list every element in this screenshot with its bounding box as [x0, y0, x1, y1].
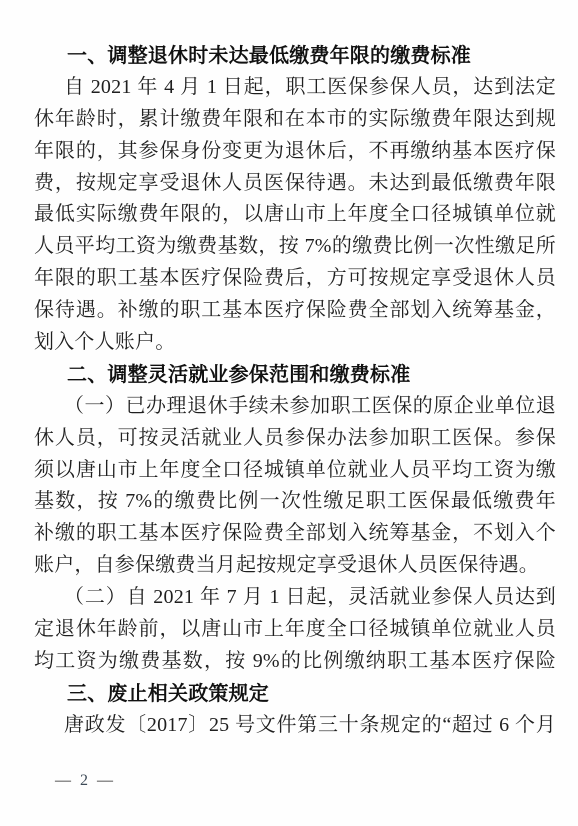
page-footer: —2— [55, 770, 113, 792]
document-page: 一、调整退休时未达最低缴费年限的缴费标准自 2021 年 4 月 1 日起，职工… [0, 0, 578, 826]
section-heading: 二、调整灵活就业参保范围和缴费标准 [34, 359, 556, 391]
body-text-line: 年限的，其参保身份变更为退休后，不再缴纳基本医疗保险 [34, 136, 556, 168]
body-text-line: 划入个人账户。 [34, 327, 556, 359]
body-text-line: 唐政发〔2017〕25 号文件第三十条规定的“超过 6 个月 [34, 710, 556, 742]
body-text-line: 自 2021 年 4 月 1 日起，职工医保参保人员，达到法定退 [34, 72, 556, 104]
body-text-line: 休人员，可按灵活就业人员参保办法参加职工医保。参保时 [34, 423, 556, 455]
body-text-line: 须以唐山市上年度全口径城镇单位就业人员平均工资为缴费 [34, 455, 556, 487]
page-number: 2 [71, 772, 97, 789]
footer-dash-right: — [97, 772, 113, 789]
body-text-line: 基数，按 7%的缴费比例一次性缴足职工医保最低缴费年限。 [34, 486, 556, 518]
section-heading: 一、调整退休时未达最低缴费年限的缴费标准 [34, 40, 556, 72]
body-text-line: 费，按规定享受退休人员医保待遇。未达到最低缴费年限和 [34, 168, 556, 200]
body-text-line: 定退休年龄前，以唐山市上年度全口径城镇单位就业人员平 [34, 614, 556, 646]
section-heading: 三、废止相关政策规定 [34, 678, 556, 710]
body-text-line: 休年龄时，累计缴费年限和在本市的实际缴费年限达到规定 [34, 104, 556, 136]
body-text-line: 年限的职工基本医疗保险费后，方可按规定享受退休人员医 [34, 263, 556, 295]
body-text-line: 均工资为缴费基数，按 9%的比例缴纳职工基本医疗保险费。 [34, 646, 556, 678]
body-text-line: 最低实际缴费年限的，以唐山市上年度全口径城镇单位就业 [34, 199, 556, 231]
body-text-line: 人员平均工资为缴费基数，按 7%的缴费比例一次性缴足所差 [34, 231, 556, 263]
body-text-line: （一）已办理退休手续未参加职工医保的原企业单位退 [34, 391, 556, 423]
body-text-line: 账户，自参保缴费当月起按规定享受退休人员医保待遇。 [34, 550, 556, 582]
body-text-line: （二）自 2021 年 7 月 1 日起，灵活就业参保人员达到法 [34, 582, 556, 614]
body-text-line: 保待遇。补缴的职工基本医疗保险费全部划入统筹基金，不 [34, 295, 556, 327]
body-text-line: 补缴的职工基本医疗保险费全部划入统筹基金，不划入个人 [34, 518, 556, 550]
document-body: 一、调整退休时未达最低缴费年限的缴费标准自 2021 年 4 月 1 日起，职工… [34, 40, 556, 742]
footer-dash-left: — [55, 772, 71, 789]
